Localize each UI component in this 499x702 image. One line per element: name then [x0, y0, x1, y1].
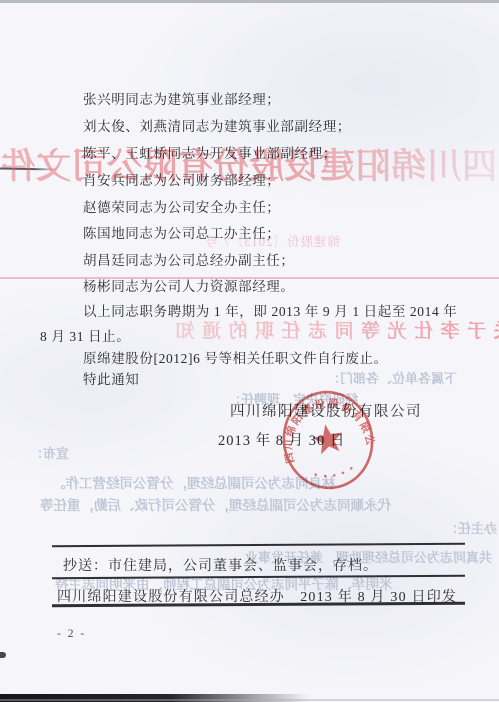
bleed-gray-line-mirrored: 代永顺同志为公司副总经理，分管公司行政、后勤，重任等: [40, 494, 391, 514]
scan-edge-top: [0, 0, 499, 3]
body-line: 刘太俊、刘燕清同志为建筑事业部副经理；: [40, 115, 351, 135]
cc-distribution-line: 抄送：市住建局，公司董事会、监事会，存档。: [63, 555, 378, 575]
body-line: 张兴明同志为建筑事业部经理；: [40, 88, 280, 108]
star-icon: [310, 422, 345, 456]
bleed-gray-line-mirrored: 办主任：: [445, 518, 497, 537]
body-line: 以上同志职务聘期为 1 年，即 2013 年 9 月 1 日起至 2014 年: [40, 300, 457, 320]
company-seal-stamp: 四川绵阳建设股份有限公司: [269, 378, 386, 502]
body-line: 胡昌廷同志为公司总经办副主任；: [40, 249, 295, 269]
body-line: 杨彬同志为公司人力资源部经理。: [40, 275, 295, 295]
seal-lower-dots: [314, 467, 353, 480]
body-line: 原绵建股份[2012]6 号等相关任职文件自行废止。: [40, 347, 388, 367]
body-line: 陈国地同志为公司总工办主任；: [40, 222, 280, 242]
body-line: 陈平、王虹桥同志为开发事业部副经理；: [40, 142, 337, 162]
bleed-subtitle-text-mirrored: 关于李仕光等同志任职的通知: [168, 316, 499, 343]
scan-edge-bottom: [0, 699, 499, 701]
body-line: 赵德荣同志为公司安全办主任；: [40, 196, 280, 216]
scan-edge-artifact: [0, 652, 6, 658]
page-number: - 2 -: [57, 628, 86, 640]
body-line: 8 月 31 日止。: [40, 325, 130, 345]
body-line: 特此通知: [40, 368, 139, 388]
bleed-gray-line-mirrored: 宣布：: [30, 443, 69, 462]
body-line: 肖安兵同志为公司财务部经理；: [40, 169, 280, 189]
scanned-document-page: 四川绵阳建设股份有限公司文件 绵建股份〔2013〕7 号 关于李仕光等同志任职的…: [0, 0, 499, 702]
